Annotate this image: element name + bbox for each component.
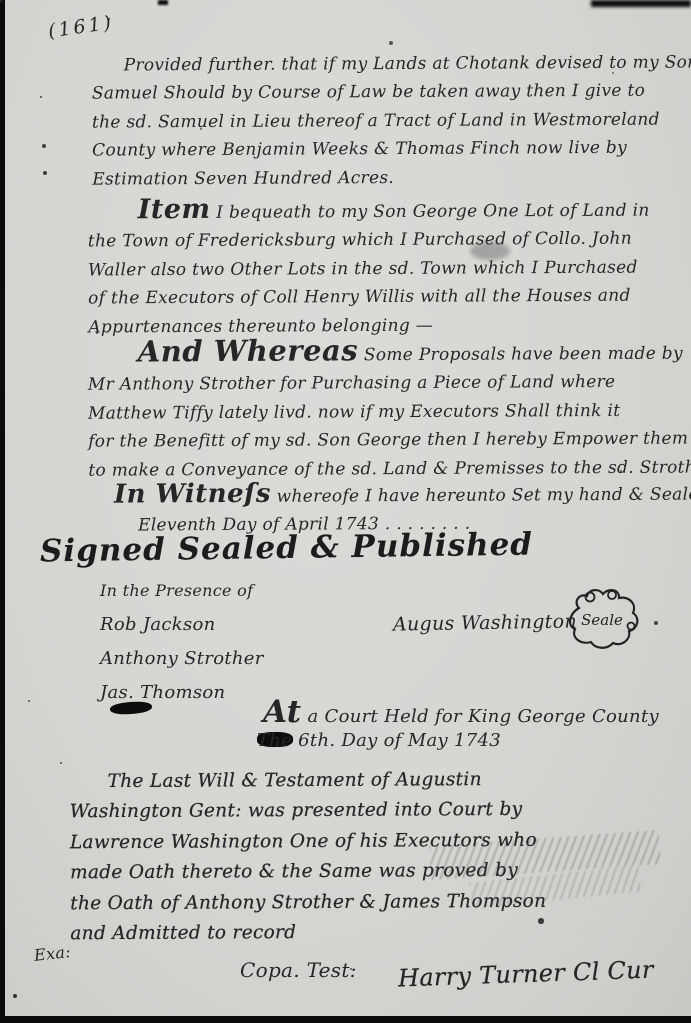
item-lead-word: Item xyxy=(138,194,211,225)
text-span: a Court Held for King George County xyxy=(301,706,659,727)
court-lead-word: At xyxy=(263,694,301,730)
witness-block: In the Presence of Rob Jackson Anthony S… xyxy=(100,574,264,710)
text-line: Provided further. that if my Lands at Ch… xyxy=(92,48,691,80)
text-line: and Admitted to record xyxy=(70,917,546,950)
text-line: Waller also two Other Lots in the sd. To… xyxy=(88,253,650,284)
witness-name: Anthony Strother xyxy=(100,642,264,676)
paper-speckles xyxy=(0,0,2,2)
text-line: Samuel Should by Course of Law be taken … xyxy=(92,77,691,109)
text-line: the sd. Samuel in Lieu thereof a Tract o… xyxy=(92,105,691,137)
text-span: I bequeath to my Son George One Lot of L… xyxy=(211,201,650,223)
text-line: The Last Will & Testament of Augustin xyxy=(70,765,546,798)
scan-edge-smudge xyxy=(591,0,691,7)
testator-signature: Augus Washington xyxy=(393,610,577,635)
page-number: (161) xyxy=(47,12,116,43)
scan-edge-bottom xyxy=(0,1016,691,1023)
text-line: Matthew Tiffy lately livd. now if my Exe… xyxy=(88,396,691,428)
copy-attestation: Copa. Test: xyxy=(240,958,357,982)
text-line: Item I bequeath to my Son George One Lot… xyxy=(88,194,650,228)
seal-icon: Seale xyxy=(563,586,641,650)
presence-line: In the Presence of xyxy=(100,574,264,608)
manuscript-scan-page: (161) Provided further. that if my Lands… xyxy=(0,0,691,1023)
will-paragraph-provided: Provided further. that if my Lands at Ch… xyxy=(92,48,691,193)
text-line: Estimation Seven Hundred Acres. xyxy=(92,162,691,194)
text-line: for the Benefitt of my sd. Son George th… xyxy=(88,425,691,457)
scan-edge-tick xyxy=(158,0,168,5)
will-paragraph-item: Item I bequeath to my Son George One Lot… xyxy=(88,194,651,342)
examined-margin-note: Exa: xyxy=(33,942,72,965)
text-line: In Witneſs whereofe I have hereunto Set … xyxy=(92,477,691,512)
text-line: Mr Anthony Strother for Purchasing a Pie… xyxy=(88,368,691,400)
court-heading-line1: At a Court Held for King George County xyxy=(263,694,659,730)
seal-label: Seale xyxy=(581,611,623,629)
text-line: the Town of Fredericksburg which I Purch… xyxy=(88,225,650,256)
witness-name: Rob Jackson xyxy=(100,608,264,642)
text-line: Washington Gent: was presented into Cour… xyxy=(70,795,546,828)
text-span: Some Proposals have been made by xyxy=(358,344,683,366)
text-line: County where Benjamin Weeks & Thomas Fin… xyxy=(92,134,691,166)
clerk-signature: Harry Turner Cl Cur xyxy=(398,956,655,993)
will-paragraph-whereas: And Whereas Some Proposals have been mad… xyxy=(88,334,691,484)
text-span: whereofe I have hereunto Set my hand & S… xyxy=(271,484,691,506)
whereas-lead-word: And Whereas xyxy=(138,333,359,368)
text-line: And Whereas Some Proposals have been mad… xyxy=(88,334,691,371)
witness-lead-word: In Witneſs xyxy=(114,479,271,510)
ink-smudge xyxy=(470,242,510,260)
court-heading-line2: The 6th. Day of May 1743 xyxy=(257,730,501,751)
attestation-heading: Signed Sealed & Published xyxy=(40,527,533,570)
scan-edge-left xyxy=(0,0,5,1023)
text-line: of the Executors of Coll Henry Willis wi… xyxy=(88,282,650,313)
